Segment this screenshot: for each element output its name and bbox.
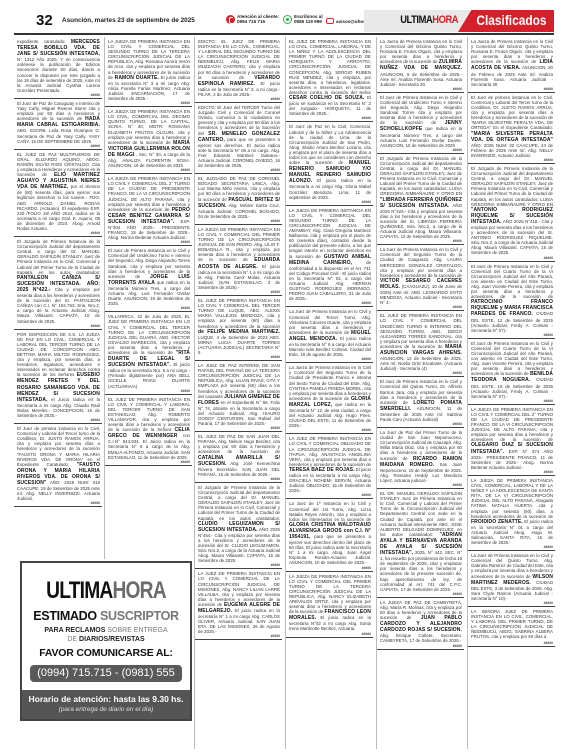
legal-notice: LA JUEZ DE PRIMERA INSTANCIA EN LO CIVIL…	[286, 434, 373, 499]
notice-details: 2025, N° 442, SEC. N° 1, ha resuelto por…	[380, 550, 462, 592]
decedent-name: CESAR COELHO DE SOUZA.	[289, 95, 364, 101]
legal-notice: EL JUEZ DE PRIMERA INSTANCIA EN LO CIVIL…	[286, 37, 373, 122]
column-5: La Jueza de Primera Instancia en lo Civi…	[376, 37, 464, 749]
notice-details: Abg. Enrique Cañete, Secretario. CAMBYRE…	[380, 633, 462, 643]
legal-notice: El Juzgado de Primera Instancia de la Ci…	[468, 164, 555, 262]
notice-details: AÑO 2025 N°454.- Cita y emplaza por sese…	[198, 527, 280, 564]
notice-details: por el término de (60) sesenta días, par…	[17, 184, 100, 231]
notice-code: #####	[380, 483, 462, 487]
notice-code: #####	[380, 87, 462, 91]
notice-details: de conformidad a lo dispuesto en el Art.…	[289, 260, 371, 302]
notice-details: ASUNCION, 9 de Setiembre de 2025.- Ante …	[380, 72, 462, 87]
legal-notice: El Juez de Primera Instancia en lo Civil…	[377, 93, 464, 154]
legal-notice: LA JUEZA DE PRIMERA INSTANCIA CIVIL, COM…	[468, 476, 555, 551]
decedent-name: "MARIA SILVESTRE PERALTA VDA. DE ORTEGA …	[471, 131, 553, 143]
notice-code: #####	[380, 148, 462, 152]
legal-notice: El Juez de primera instancia en lo Civil…	[468, 93, 555, 164]
notice-code: #####	[380, 592, 462, 596]
notice-text: El Juez de Primera Instancia en lo Civil…	[471, 264, 553, 300]
notice-code: #####	[289, 493, 371, 497]
legal-notice: LA JUEZA DE PRIMERA INSTANCIA EN LO CIVI…	[105, 37, 192, 107]
legal-notice: EL JUEZ DE PRIMERA INSTANCIA EN LO CIVIL…	[195, 296, 282, 361]
legal-notice: EL JUZGADO DE PAZ DE CORONEL BOGADO SECR…	[195, 174, 282, 225]
legal-notice: EL DR. MANUEL GERALDO SAIFILDIN STANLEY …	[377, 489, 464, 598]
legal-notice: EL JUEZ DE PRIMERA INSTANCIA EN LO CIVIL…	[377, 311, 464, 377]
notice-code: #####	[198, 168, 280, 172]
notice-code: #####	[17, 93, 100, 97]
decedent-name: de FELIPE MEDINA MARTINEZ.	[198, 329, 280, 335]
legal-notice: El Juez de Primera Instancia en lo Civil…	[468, 262, 555, 339]
legal-notice: LA JUEZ DE PRIMERA INSTANCIA EN LO CIVIL…	[195, 569, 282, 640]
notice-details: AÑO: 2025 NUM: 32 CAACUPE, 24 de Febrero…	[471, 143, 553, 158]
notice-text: La Juez de Primera Instancia en lo Civil…	[380, 247, 462, 277]
notice-text: POR DISPOSICIÓN DE S.S. LA JUEZA DE PAZ …	[17, 332, 100, 378]
legal-notice: El Juez de Primera Instancia en lo Civil…	[377, 377, 464, 428]
legal-notice: LA JUEZA DE PRIMERA INSTANCIA EN LO CIVI…	[286, 206, 373, 308]
notice-text: EL DR. MANUEL GERALDO SAIFILDIN STANLEY …	[380, 491, 462, 537]
legal-notice: El Juzgado de Primera Instancia de la Ci…	[377, 154, 464, 246]
notice-code: #####	[380, 422, 462, 426]
notice-code: #####	[198, 426, 280, 430]
notice-code: #####	[471, 399, 553, 403]
legal-notice: El Juez de Primera Instancia en lo Civil…	[105, 246, 192, 312]
notice-code: #####	[198, 634, 280, 638]
notice-details: ASUNCIÓN, 12 de Setiembre de 2025. Ante …	[380, 356, 462, 371]
notice-code: #####	[289, 566, 371, 570]
notice-details: AÑO 2025 N°426.- Cita y emplaza por sese…	[380, 203, 462, 240]
ad-phone-numbers[interactable]: (0994) 715.715 - (0981) 555 251	[30, 665, 182, 682]
notice-code: #####	[198, 355, 280, 359]
notice-details: Cita y emplaza por sesenta días a los he…	[17, 287, 100, 324]
notice-text: LA SEÑORA JUEZ DE PRIMERA INSTANCIA EN L…	[471, 609, 553, 639]
notice-text: LA JUEZ DE PRIMERA INSTANCIA EN LO CIVIL…	[289, 436, 371, 466]
notice-text: EL JUEZ DE PRIMERA INSTANCIA EN LO CIVIL…	[198, 298, 280, 328]
notice-text: EL JUEZ DE PRIMERA INSTANCIA EN LO CIVIL…	[289, 39, 371, 95]
notice-code: #####	[380, 239, 462, 243]
decedent-name: RAMON DUARTE.	[115, 75, 159, 81]
legal-notice: EL JUEZ DE PRIMERA INSTANCIA EN LO CIVIL…	[105, 395, 192, 466]
notice-code: #####	[380, 644, 462, 648]
legal-notice: La Jueza de Primera Instancia en lo Civi…	[468, 37, 555, 93]
legal-notice: LA JUEZA DE PRIMERA INSTANCIA EN LO CIVI…	[105, 174, 192, 246]
notice-code: #####	[380, 371, 462, 375]
notice-text: LA JUEZA DE PRIMERA INSTANCIA CIVIL, COM…	[471, 478, 553, 519]
notice-code: #####	[289, 357, 371, 361]
legal-notice: POR DISPOSICIÓN DE S.S. LA JUEZA DE PAZ …	[14, 330, 102, 425]
notice-code: #####	[108, 240, 190, 244]
notice-text: LA JUEZA DE PRIMERA INSTANCIA EN LO CIVI…	[289, 574, 371, 615]
phone-icon	[226, 15, 235, 24]
legal-notice: EL JUEZ DE PAZ DE SAN JUAN DEL PARANA, A…	[195, 432, 282, 483]
section-title: Clasificados	[476, 12, 546, 28]
notice-text: El Juzgado de Primera Instancia de la Ci…	[380, 156, 462, 197]
notice-code: #####	[289, 200, 371, 204]
notice-code: #####	[471, 333, 553, 337]
ad-logo: ULTIMAHORA	[39, 577, 173, 605]
legal-notice: LA JUEZA DE PRIMERA INSTANCIA EN LO CIVI…	[286, 572, 373, 638]
notice-code: #####	[471, 545, 553, 549]
column-1: expediente caratulado: MERCEDES TERESA B…	[14, 37, 102, 559]
notice-text: expediente caratulado:	[17, 39, 66, 44]
notice-text: VILLARRICA, 22 de Julio de 2025. EL JUEZ…	[108, 314, 190, 355]
ultimahora-logo: ULTIMAHORA	[400, 14, 458, 26]
legal-notice: El Juez de Paz en lo Civil, Comercial, L…	[286, 122, 373, 205]
notice-code: #####	[289, 632, 371, 636]
notice-details: AÑO 2025 N°418.- Cita y emplaza por sese…	[471, 219, 553, 256]
legal-notice: El Juzgado de Primera Instancia de la Ci…	[195, 483, 282, 569]
notice-code: #####	[108, 101, 190, 105]
notice-code: #####	[17, 418, 100, 422]
notice-code: #####	[289, 428, 371, 432]
customer-service-contact[interactable]: Atención al cliente:0994 715 715	[226, 14, 279, 24]
legal-notice: La Jueza de Primera Instancia en lo Civi…	[377, 37, 464, 93]
notice-code: #####	[471, 87, 553, 91]
ad-subtitle: PARA RECLAMOS SOBRE ENTREGA DE DIARIOS/R…	[22, 627, 190, 644]
legal-notice: La Juez de Primera Instancia en lo Civil…	[286, 307, 373, 363]
notice-code: #####	[198, 290, 280, 294]
ad-hours: Horario de atención: hasta las 9.30 hs.	[22, 694, 190, 704]
notice-code: #####	[471, 470, 553, 474]
contact-value: 0985 119 999	[294, 19, 322, 24]
legal-notice: VILLARRICA, 22 de Julio de 2025. EL JUEZ…	[105, 312, 192, 394]
notice-text: El Juzgado de Primera Instancia de la Ci…	[17, 239, 100, 275]
notice-code: #####	[380, 305, 462, 309]
notice-details: LUQUE, 4 de Setiembre de 2023 ABG. MIRNA…	[198, 335, 280, 355]
notice-code: #####	[471, 256, 553, 260]
notice-code: #####	[289, 301, 371, 305]
notice-text: El Juez de Paz en lo Civil, Comercial, L…	[289, 124, 371, 165]
decedent-name: FROIDIDO ZENATTE.	[471, 519, 523, 525]
notice-code: #####	[17, 144, 100, 148]
notice-code: #####	[108, 306, 190, 310]
ad-call-to-action: FAVOR COMUNICARSE AL:	[22, 647, 190, 659]
legal-notice: La Juez de 1ª Instancia en lo Civil y Co…	[286, 499, 373, 571]
legal-notice: EL JUEZ DE PAZ MULTIFUEROS DE GRAL. ELIZ…	[14, 150, 102, 237]
page-number: 32	[36, 12, 53, 29]
legal-notice: EDICTO: El Juez del TERCER Turno del Juz…	[195, 103, 282, 174]
notice-code: #####	[289, 116, 371, 120]
ad-title: ESTIMADO SUSCRIPTOR	[22, 609, 190, 623]
notice-code: #####	[17, 231, 100, 235]
ad-footer: Horario de atención: hasta las 9.30 hs. …	[22, 690, 190, 719]
legal-notice: El Juez de primera instancia en lo Civil…	[14, 424, 102, 507]
notice-code: #####	[198, 97, 280, 101]
notice-text: LA JUEZA DE PRIMERA INSTANCIA EN LO CIVI…	[471, 407, 553, 443]
notice-code: #####	[17, 324, 100, 328]
subscriber-ad: ULTIMAHORA ESTIMADO SUSCRIPTOR PARA RECL…	[20, 561, 192, 721]
legal-notice: El Juzgado de Primera Instancia de la Ci…	[14, 237, 102, 330]
ad-note: (para entrega de diario en el día)	[22, 706, 190, 713]
notice-code: #####	[108, 389, 190, 393]
header-rule	[14, 33, 554, 35]
notice-text: EDICTO: EL JUEZ DE PRIMERA INSTANCIA EN …	[198, 39, 280, 80]
notice-text: LA JUEZA DE PRIMERA INSTANCIA EN LO CIVI…	[289, 208, 371, 259]
legal-notice: El Juez de Paz de Caruguaty e Interino d…	[14, 99, 102, 150]
legal-notice: LA SEÑORA JUEZ DE PRIMERA INSTANCIA EN L…	[468, 607, 555, 647]
issue-date: Asunción, martes 23 de septiembre de 202…	[62, 17, 195, 24]
notice-code: #####	[471, 641, 553, 645]
legal-notice: La Juez de Primera Instancia en lo Civil…	[377, 245, 464, 311]
legal-notice: LA JUEZ DE PAZ INTERINA DE SAN RAFAEL DE…	[195, 361, 282, 432]
notice-text: El Juez de primera instancia en lo Civil…	[17, 426, 100, 467]
notice-text: El Juzgado de Primera Instancia de la Ci…	[198, 485, 280, 521]
legal-notice: EDICTO: EL JUEZ DE PRIMERA INSTANCIA EN …	[195, 37, 282, 103]
decedent-name: TERESA BAEZ DE ROJAS.	[289, 467, 355, 473]
whatsapp-icon	[283, 15, 292, 24]
legal-notice: LA JUEZA DE PRIMERA INSTANCIA EN LO CIVI…	[195, 225, 282, 296]
notice-code: #####	[108, 460, 190, 464]
notice-text: La Juez de 1ª Instancia en lo Civil y Co…	[289, 501, 371, 521]
legal-notice: La Juez de Paz del Primer Turno de la ci…	[377, 428, 464, 489]
notice-code: #####	[471, 601, 553, 605]
notice-code: #####	[471, 158, 553, 162]
legal-notice: LA JUEZA DE PRIMERA INSTANCIA EN LO CIVI…	[468, 405, 555, 476]
notice-details: N° 1312 Año 2025. Y en consecuencia ordé…	[17, 57, 100, 93]
mail-icon	[326, 18, 334, 24]
notice-details: ABG. ESCRB. Leila Rosa Ocampos G. Secret…	[17, 128, 100, 143]
notice-code: #####	[108, 168, 190, 172]
notice-text: El Juzgado de Primera Instancia de la Ci…	[471, 166, 553, 207]
page-header: 32 Asunción, martes 23 de septiembre de …	[0, 10, 580, 32]
notice-code: #####	[198, 219, 280, 223]
notice-code: #####	[17, 501, 100, 505]
legal-notice: La Jueza de Primera Instancia en lo Civi…	[286, 363, 373, 434]
contact-value: 0994 715 715	[237, 19, 265, 24]
notice-code: #####	[198, 477, 280, 481]
column-3: EDICTO: EL JUEZ DE PRIMERA INSTANCIA EN …	[194, 37, 282, 749]
decedent-name: "LIBRADA FERREIRA QUIÑONEZ S/ SUCESIÓN I…	[380, 197, 462, 209]
legal-notice: La Juez de Primera Instancia en lo Civil…	[468, 551, 555, 607]
legal-notice: LA JUEZA DE PRIMERA INSTANCIA EN LO CIVI…	[105, 107, 192, 174]
whatsapp-contact[interactable]: Escribinos al0985 119 999	[283, 14, 323, 24]
notice-text: LA JUEZA DE PRIMERA INSTANCIA EN LO CIVI…	[108, 39, 190, 80]
legal-notice: El Juez de Primera Instancia en lo Civil…	[468, 339, 555, 405]
column-2: LA JUEZA DE PRIMERA INSTANCIA EN LO CIVI…	[104, 37, 192, 559]
column-6: La Jueza de Primera Instancia en lo Civi…	[467, 37, 555, 749]
legal-notice: LA JUEZA DE PAZ DE CAMBYRETÁ, Abg. María…	[377, 598, 464, 650]
column-4: EL JUEZ DE PRIMERA INSTANCIA EN LO CIVIL…	[285, 37, 373, 749]
notice-text: El Juez de primera instancia en lo Civil…	[471, 95, 553, 131]
notice-text: EL JUEZ DE PAZ DE SAN JUAN DEL PARANA, A…	[198, 434, 280, 454]
legal-notice: expediente caratulado: MERCEDES TERESA B…	[14, 37, 102, 99]
notice-code: #####	[198, 563, 280, 567]
